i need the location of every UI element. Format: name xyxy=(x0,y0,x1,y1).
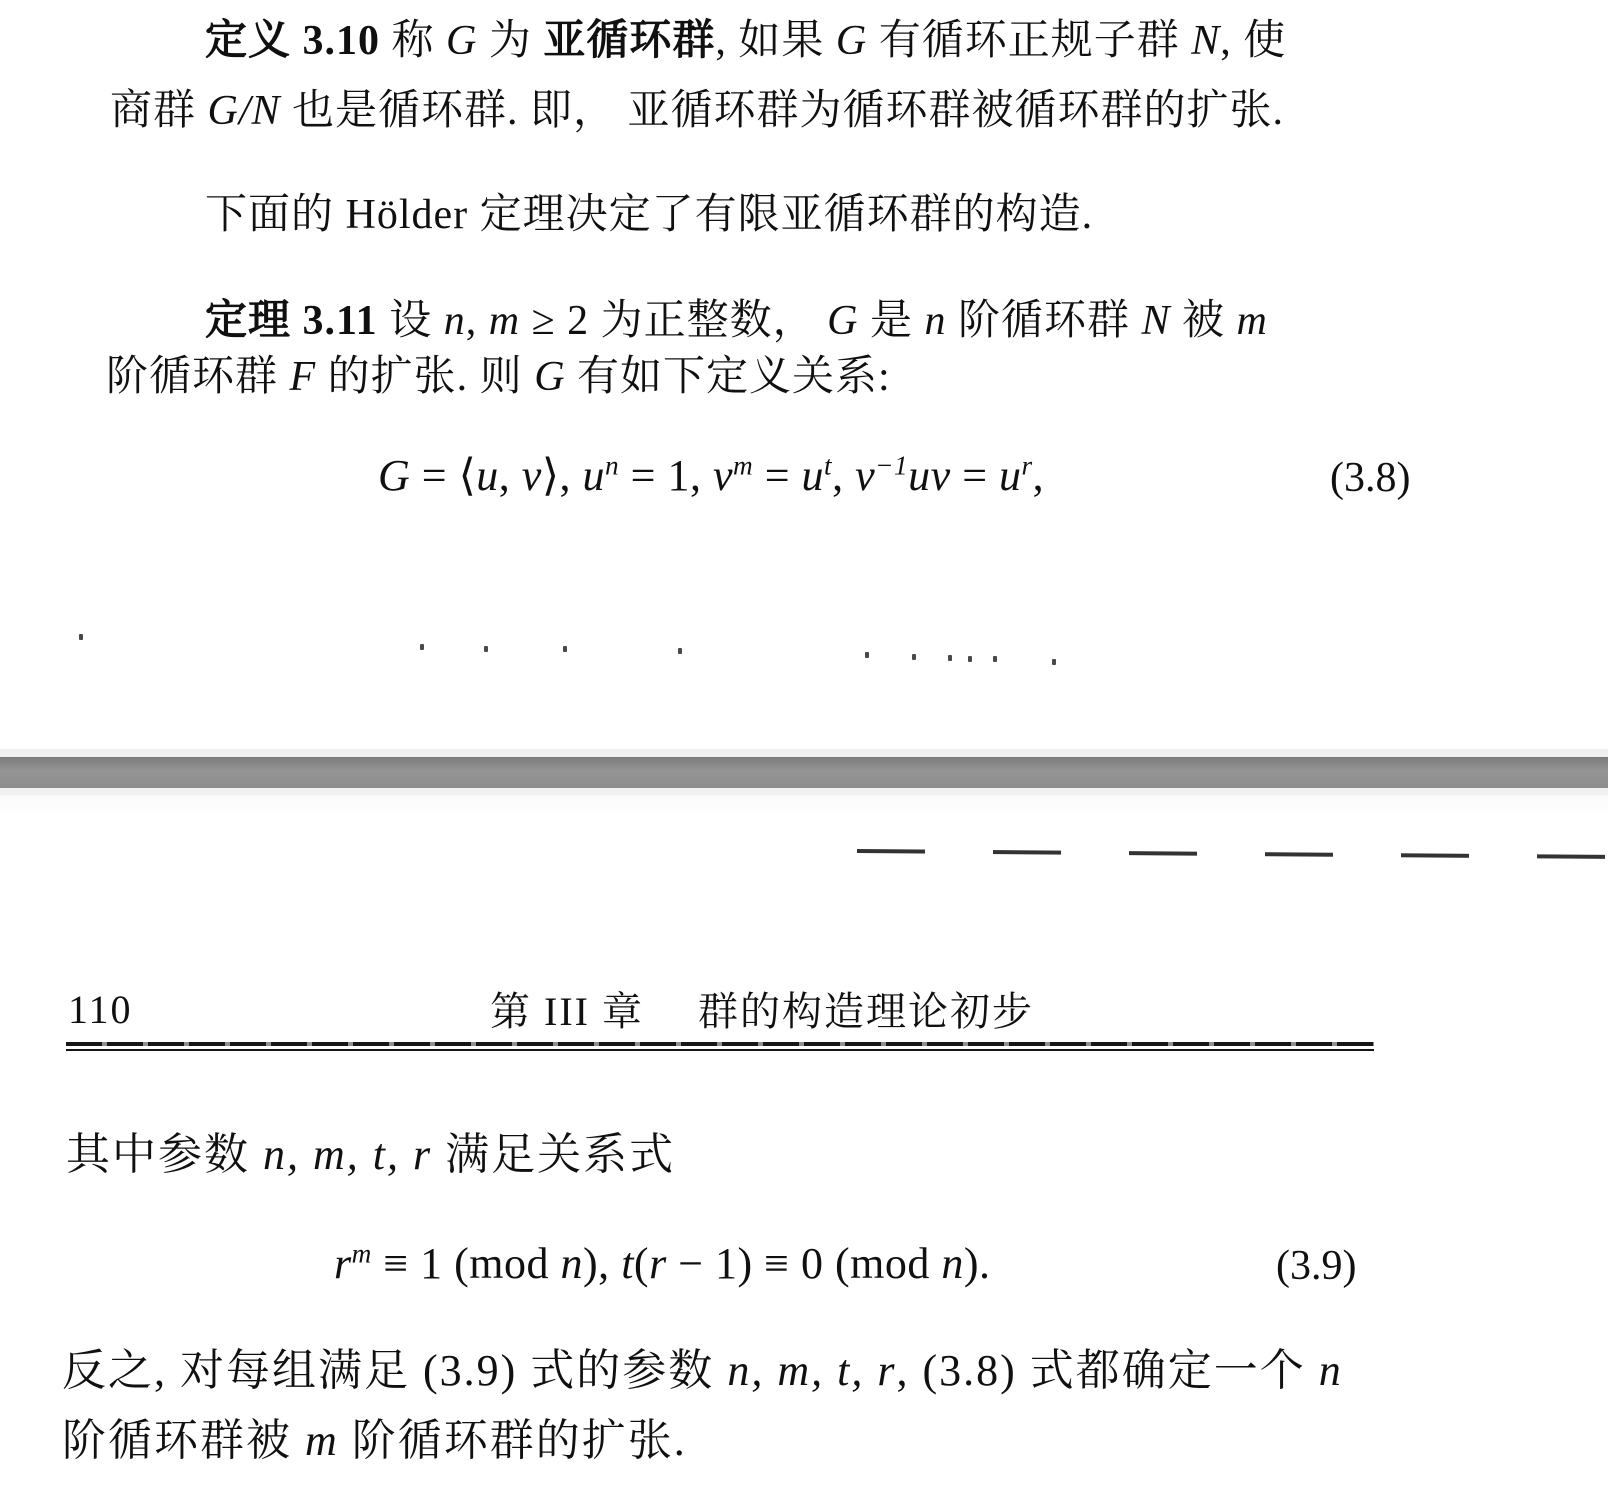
scan-speck xyxy=(484,646,488,652)
definition-3-10-line1: 定义 3.10 称 G 为 亚循环群, 如果 G 有循环正规子群 N, 使 xyxy=(205,16,1286,66)
scan-speck xyxy=(865,652,869,658)
separator-fade xyxy=(0,795,1608,817)
scan-speck xyxy=(968,656,972,662)
page-number: 110 xyxy=(68,986,133,1033)
torn-edge-dashed-line xyxy=(857,849,1608,859)
theorem-3-11-line1: 定理 3.11 设 n, m ≥ 2 为正整数， G 是 n 阶循环群 N 被 … xyxy=(205,296,1268,346)
formula-3-9-label: (3.9) xyxy=(1276,1242,1356,1290)
scan-speck xyxy=(420,644,424,650)
scan-speck xyxy=(912,654,916,660)
holder-remark-line: 下面的 Hölder 定理决定了有限亚循环群的构造. xyxy=(205,190,1093,240)
closing-paragraph-line1: 反之, 对每组满足 (3.9) 式的参数 n, m, t, r, (3.8) 式… xyxy=(62,1346,1343,1396)
separator-strip-bottom xyxy=(0,788,1608,795)
theorem-3-11-line2: 阶循环群 F 的扩张. 则 G 有如下定义关系: xyxy=(106,352,891,402)
body-intro-line: 其中参数 n, m, t, r 满足关系式 xyxy=(66,1130,675,1180)
formula-3-8: G = ⟨u, v⟩, un = 1, vm = ut, v−1uv = ur, xyxy=(378,450,1044,501)
separator-strip-top xyxy=(0,749,1608,757)
definition-3-10-line2: 商群 G/N 也是循环群. 即， 亚循环群为循环群被循环群的扩张. xyxy=(110,86,1284,136)
scan-speck xyxy=(79,634,83,640)
scan-speck xyxy=(948,655,952,661)
scan-speck xyxy=(678,648,682,654)
scan-speck xyxy=(563,646,567,652)
scan-speck xyxy=(1052,659,1056,665)
formula-3-8-label: (3.8) xyxy=(1330,454,1410,502)
page-separator-bar xyxy=(0,757,1608,788)
document-viewer: 定义 3.10 称 G 为 亚循环群, 如果 G 有循环正规子群 N, 使 商群… xyxy=(0,0,1608,1506)
running-head-rule xyxy=(66,1042,1374,1051)
closing-paragraph-line2: 阶循环群被 m 阶循环群的扩张. xyxy=(62,1416,687,1466)
running-head-chapter-title: 第 III 章 群的构造理论初步 xyxy=(490,980,1034,1037)
scan-speck xyxy=(993,656,997,662)
formula-3-9: rm ≡ 1 (mod n), t(r − 1) ≡ 0 (mod n). xyxy=(334,1238,991,1289)
